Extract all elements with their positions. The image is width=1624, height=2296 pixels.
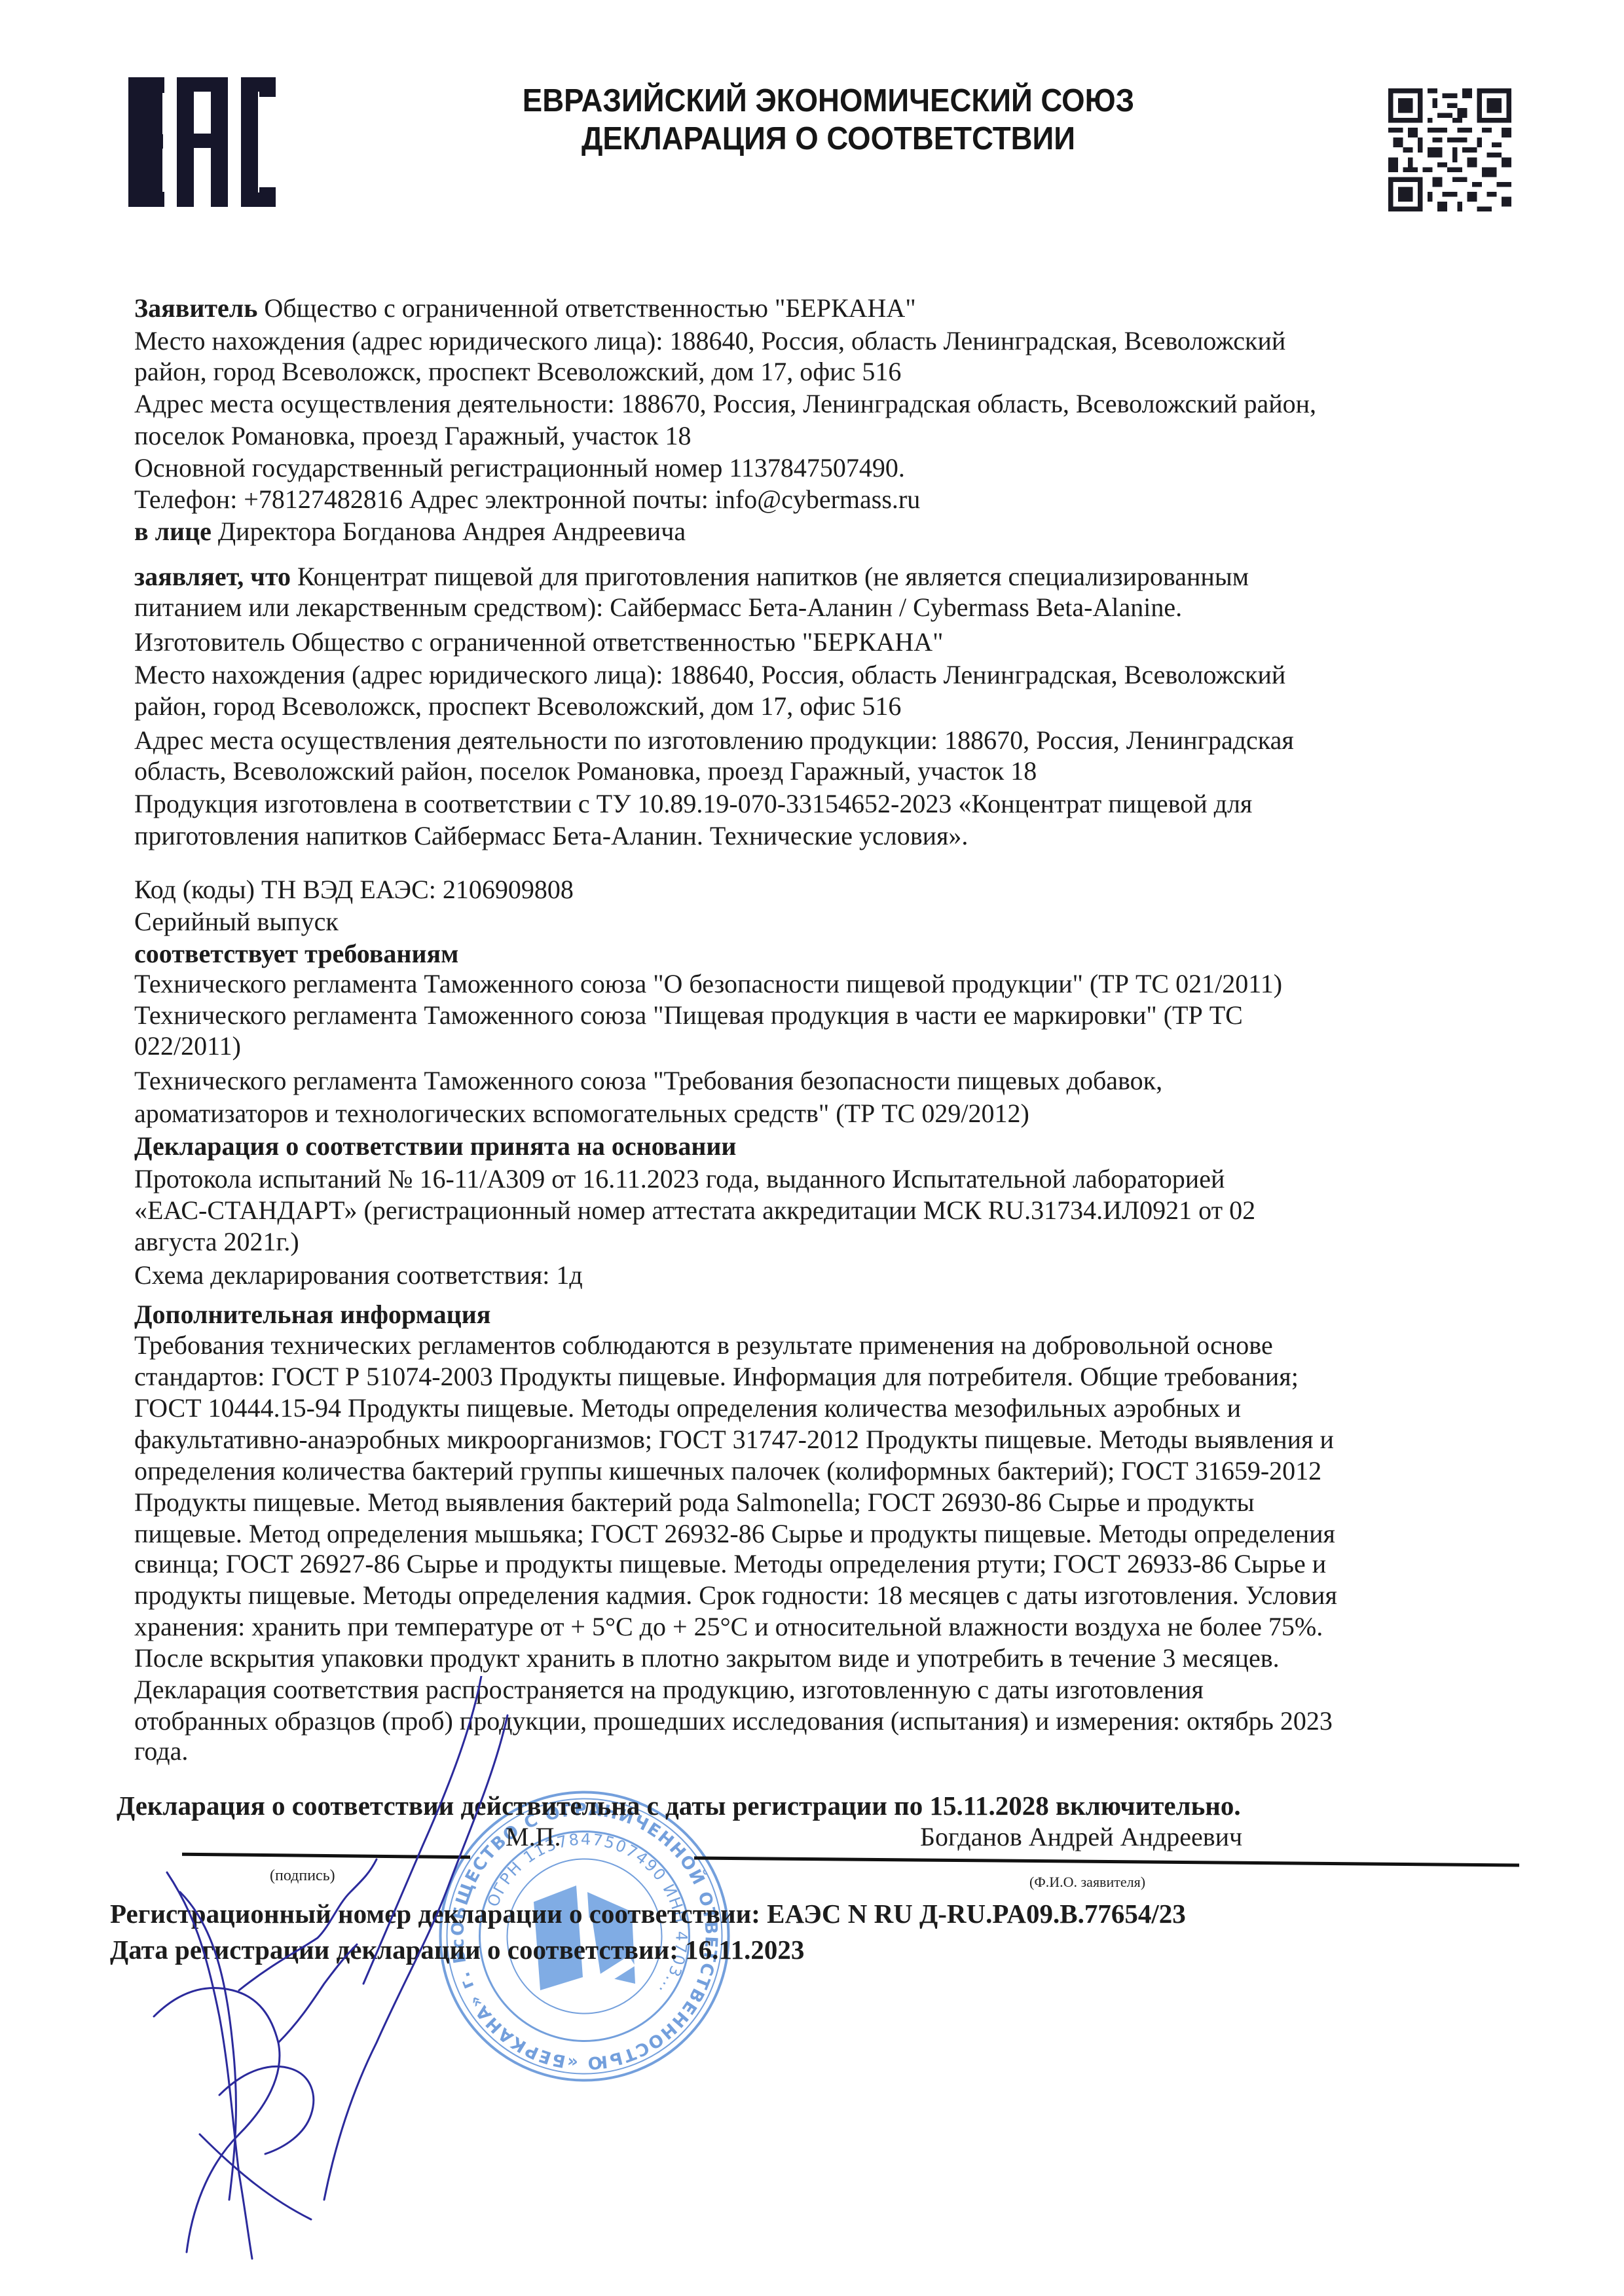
validity-statement: Декларация о соответствии действительна … bbox=[117, 1791, 1241, 1821]
manufacturer-line: Место нахождения (адрес юридического лиц… bbox=[134, 660, 1285, 690]
regulation-line: Технического регламента Таможенного союз… bbox=[134, 1066, 1162, 1096]
registration-number: Регистрационный номер декларации о соотв… bbox=[110, 1899, 1186, 1929]
manufacturer-line: Продукция изготовлена в соответствии с Т… bbox=[134, 789, 1252, 819]
representative-label: в лице bbox=[134, 517, 212, 546]
applicant-ogrn: Основной государственный регистрационный… bbox=[134, 453, 905, 483]
manufacturer-line: приготовления напитков Сайбермасс Бета-А… bbox=[134, 821, 968, 851]
additional-line: стандартов: ГОСТ Р 51074-2003 Продукты п… bbox=[134, 1362, 1299, 1392]
additional-line: Декларация соответствия распространяется… bbox=[134, 1675, 1204, 1705]
qr-code-icon[interactable] bbox=[1388, 87, 1511, 213]
product-line: заявляет, что Концентрат пищевой для при… bbox=[134, 562, 1249, 592]
declaration-scheme: Схема декларирования соответствия: 1д bbox=[134, 1260, 583, 1290]
additional-line: пищевые. Метод определения мышьяка; ГОСТ… bbox=[134, 1519, 1335, 1549]
manufacturer-line: область, Всеволожский район, поселок Ром… bbox=[134, 756, 1037, 786]
basis-line: августа 2021г.) bbox=[134, 1227, 299, 1257]
applicant-label: Заявитель bbox=[134, 293, 257, 323]
representative-name: Директора Богданова Андрея Андреевича bbox=[212, 517, 686, 546]
svg-text:ОБЩЕСТВО С ОГРАНИЧЕННОЙ ОТВЕТС: ОБЩЕСТВО С ОГРАНИЧЕННОЙ ОТВЕТСТВЕННОСТЬЮ… bbox=[435, 1787, 721, 2073]
basis-line: Протокола испытаний № 16-11/А309 от 16.1… bbox=[134, 1164, 1225, 1194]
applicant-name: Общество с ограниченной ответственностью… bbox=[257, 293, 915, 323]
additional-line: продукты пищевые. Методы определения кад… bbox=[134, 1580, 1337, 1611]
title-declaration: ДЕКЛАРАЦИЯ О СООТВЕТСТВИИ bbox=[424, 120, 1234, 157]
applicant-address-line: Место нахождения (адрес юридического лиц… bbox=[134, 326, 1285, 356]
additional-heading: Дополнительная информация bbox=[134, 1300, 490, 1330]
signer-name: Богданов Андрей Андреевич bbox=[920, 1821, 1242, 1852]
applicant-line: Заявитель Общество с ограниченной ответс… bbox=[134, 293, 916, 323]
manufacturer-line: Изготовитель Общество с ограниченной отв… bbox=[134, 627, 944, 657]
additional-line: года. bbox=[134, 1736, 188, 1766]
declares-label: заявляет, что bbox=[134, 562, 291, 591]
manufacturer-line: район, город Всеволожск, проспект Всевол… bbox=[134, 691, 901, 721]
regulation-line: Технического регламента Таможенного союз… bbox=[134, 969, 1282, 999]
basis-line: «ЕАС-СТАНДАРТ» (регистрационный номер ат… bbox=[134, 1195, 1255, 1226]
regulation-line: Технического регламента Таможенного союз… bbox=[134, 1000, 1243, 1030]
registration-date: Дата регистрации декларации о соответств… bbox=[110, 1935, 804, 1965]
title-union: ЕВРАЗИЙСКИЙ ЭКОНОМИЧЕСКИЙ СОЮЗ bbox=[424, 82, 1234, 119]
additional-line: свинца; ГОСТ 26927-86 Сырье и продукты п… bbox=[134, 1549, 1326, 1579]
basis-heading: Декларация о соответствии принята на осн… bbox=[134, 1131, 736, 1161]
seal-label: М.П. bbox=[506, 1821, 561, 1852]
regulation-line: ароматизаторов и технологических вспомог… bbox=[134, 1099, 1029, 1129]
compliance-heading: соответствует требованиям bbox=[134, 939, 458, 969]
applicant-address-line: район, город Всеволожск, проспект Всевол… bbox=[134, 357, 901, 387]
additional-line: После вскрытия упаковки продукт хранить … bbox=[134, 1643, 1280, 1673]
manufacturer-line: Адрес места осуществления деятельности п… bbox=[134, 725, 1294, 756]
applicant-representative: в лице Директора Богданова Андрея Андрее… bbox=[134, 517, 686, 547]
name-caption: (Ф.И.О. заявителя) bbox=[1029, 1874, 1145, 1891]
name-line bbox=[694, 1857, 1519, 1867]
signature-caption: (подпись) bbox=[270, 1867, 335, 1885]
product-name: Концентрат пищевой для приготовления нап… bbox=[291, 562, 1249, 591]
additional-line: хранения: хранить при температуре от + 5… bbox=[134, 1612, 1323, 1642]
handwritten-signature bbox=[141, 1676, 599, 2265]
additional-line: факультативно-анаэробных микроорганизмов… bbox=[134, 1425, 1334, 1455]
tnved-code: Код (коды) ТН ВЭД ЕАЭС: 2106909808 bbox=[134, 875, 574, 905]
additional-line: Требования технических регламентов соблю… bbox=[134, 1330, 1273, 1360]
additional-line: Продукты пищевые. Метод выявления бактер… bbox=[134, 1487, 1254, 1518]
additional-line: отобранных образцов (проб) продукции, пр… bbox=[134, 1706, 1333, 1736]
additional-line: определения количества бактерий группы к… bbox=[134, 1456, 1321, 1486]
product-line: питанием или лекарственным средством): С… bbox=[134, 592, 1182, 623]
applicant-activity-line: Адрес места осуществления деятельности: … bbox=[134, 389, 1316, 419]
applicant-contacts: Телефон: +78127482816 Адрес электронной … bbox=[134, 484, 920, 515]
additional-line: ГОСТ 10444.15-94 Продукты пищевые. Метод… bbox=[134, 1393, 1241, 1423]
applicant-activity-line: поселок Романовка, проезд Гаражный, учас… bbox=[134, 421, 692, 451]
declaration-document: ЕВРАЗИЙСКИЙ ЭКОНОМИЧЕСКИЙ СОЮЗ ДЕКЛАРАЦИ… bbox=[0, 0, 1624, 2296]
serial-release: Серийный выпуск bbox=[134, 907, 339, 937]
eac-mark-icon bbox=[128, 77, 276, 207]
signature-line bbox=[182, 1853, 470, 1859]
regulation-line: 022/2011) bbox=[134, 1031, 241, 1061]
